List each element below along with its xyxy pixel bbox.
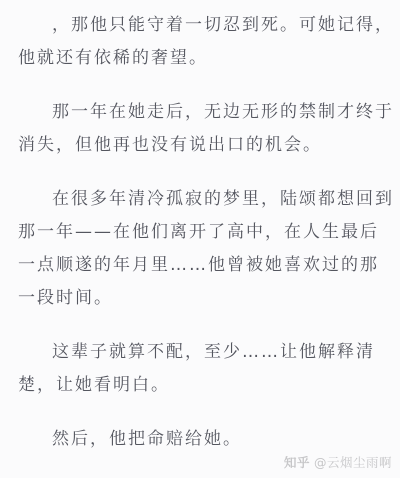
paragraph: 这辈子就算不配，至少……让他解释清楚，让她看明白。 [18, 336, 396, 402]
novel-page: ，那他只能守着一切忍到死。可她记得，他就还有依稀的奢望。 那一年在她走后，无边无… [0, 0, 400, 478]
watermark-handle: @云烟尘雨啊 [314, 455, 392, 470]
paragraph: 然后，他把命赔给她。 [18, 423, 396, 456]
paragraph: ，那他只能守着一切忍到死。可她记得，他就还有依稀的奢望。 [18, 9, 396, 75]
watermark: 知乎@云烟尘雨啊 [284, 455, 392, 471]
zhihu-logo: 知乎 [284, 455, 310, 470]
paragraph: 那一年在她走后，无边无形的禁制才终于消失，但他再也没有说出口的机会。 [18, 96, 396, 162]
paragraph: 在很多年清冷孤寂的梦里，陆颂都想回到那一年——在他们离开了高中，在人生最后一点顺… [18, 183, 396, 315]
article: ，那他只能守着一切忍到死。可她记得，他就还有依稀的奢望。 那一年在她走后，无边无… [18, 9, 396, 456]
